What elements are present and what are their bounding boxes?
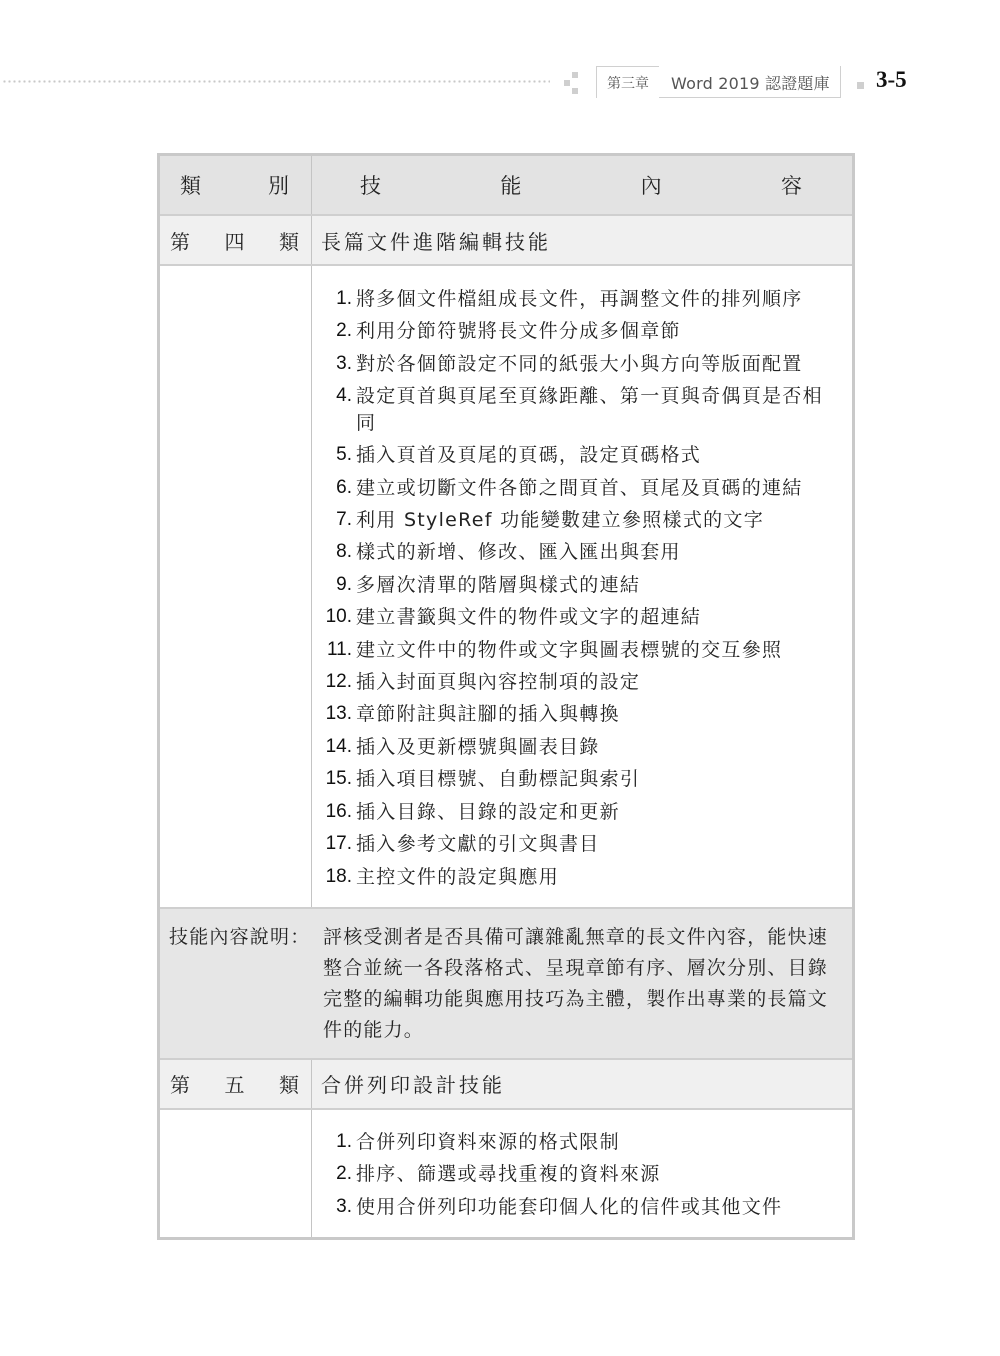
chapter-tab: 第三章 Word 2019 認證題庫 [596,66,841,98]
list-item: 10.建立書籤與文件的物件或文字的超連結 [316,601,842,633]
skill-items-row-5: 1.合併列印資料來源的格式限制 2.排序、篩選或尋找重複的資料來源 3.使用合併… [160,1110,852,1237]
item-text: 章節附註與註腳的插入與轉換 [356,698,842,730]
list-item: 9.多層次清單的階層與樣式的連結 [316,569,842,601]
header-char: 能 [500,170,521,200]
list-item: 1.將多個文件檔組成長文件，再調整文件的排列順序 [316,283,842,315]
header-content: 技 能 內 容 [312,156,852,214]
item-number: 17. [316,828,356,860]
item-text: 對於各個節設定不同的紙張大小與方向等版面配置 [356,348,842,380]
item-text: 插入項目標號、自動標記與索引 [356,763,842,795]
item-number: 14. [316,731,356,763]
header-char: 別 [268,170,289,200]
list-item: 13.章節附註與註腳的插入與轉換 [316,698,842,730]
empty-cell [160,266,312,907]
item-number: 8. [316,536,356,568]
item-number: 9. [316,569,356,601]
item-text: 插入封面頁與內容控制項的設定 [356,666,842,698]
list-item: 3.對於各個節設定不同的紙張大小與方向等版面配置 [316,348,842,380]
item-text: 建立或切斷文件各節之間頁首、頁尾及頁碼的連結 [356,472,842,504]
item-number: 3. [316,348,356,380]
item-text: 排序、篩選或尋找重複的資料來源 [356,1158,842,1190]
skill-list: 1.將多個文件檔組成長文件，再調整文件的排列順序 2.利用分節符號將長文件分成多… [316,283,842,893]
skill-items-cell: 1.合併列印資料來源的格式限制 2.排序、篩選或尋找重複的資料來源 3.使用合併… [312,1110,852,1237]
category-title: 合併列印設計技能 [312,1060,852,1108]
skill-items-row-4: 1.將多個文件檔組成長文件，再調整文件的排列順序 2.利用分節符號將長文件分成多… [160,266,852,909]
item-text: 多層次清單的階層與樣式的連結 [356,569,842,601]
empty-cell [160,1110,312,1237]
item-number: 6. [316,472,356,504]
header-char: 內 [641,170,662,200]
list-item: 2.利用分節符號將長文件分成多個章節 [316,315,842,347]
item-number: 15. [316,763,356,795]
list-item: 1.合併列印資料來源的格式限制 [316,1126,842,1158]
item-number: 1. [316,283,356,315]
category-row-4: 第 四 類 長篇文件進階編輯技能 [160,216,852,266]
category-char: 第 [170,1069,190,1098]
list-item: 3.使用合併列印功能套印個人化的信件或其他文件 [316,1191,842,1223]
item-number: 7. [316,504,356,536]
category-char: 類 [279,226,299,255]
page-number: 3-5 [876,67,907,93]
category-char: 類 [279,1069,299,1098]
item-text: 樣式的新增、修改、匯入匯出與套用 [356,536,842,568]
list-item: 17.插入參考文獻的引文與書目 [316,828,842,860]
list-item: 14.插入及更新標號與圖表目錄 [316,731,842,763]
item-text: 插入目錄、目錄的設定和更新 [356,796,842,828]
item-number: 12. [316,666,356,698]
item-text: 插入頁首及頁尾的頁碼，設定頁碼格式 [356,439,842,471]
item-text: 使用合併列印功能套印個人化的信件或其他文件 [356,1191,842,1223]
item-text: 插入參考文獻的引文與書目 [356,828,842,860]
skill-list: 1.合併列印資料來源的格式限制 2.排序、篩選或尋找重複的資料來源 3.使用合併… [316,1126,842,1223]
item-number: 2. [316,315,356,347]
category-label: 第 四 類 [160,216,312,264]
item-text: 將多個文件檔組成長文件，再調整文件的排列順序 [356,283,842,315]
header-char: 技 [360,170,381,200]
skill-description-row: 技能內容說明： 評核受測者是否具備可讓雜亂無章的長文件內容，能快速整合並統一各段… [160,909,852,1060]
header-category: 類 別 [160,156,312,214]
item-number: 5. [316,439,356,471]
item-text: 主控文件的設定與應用 [356,861,842,893]
chapter-label: 第三章 [596,66,659,98]
header-char: 類 [180,170,201,200]
dotted-leader-line [2,80,550,83]
category-char: 五 [225,1069,245,1098]
list-item: 7.利用 StyleRef 功能變數建立參照樣式的文字 [316,504,842,536]
list-item: 5.插入頁首及頁尾的頁碼，設定頁碼格式 [316,439,842,471]
item-number: 1. [316,1126,356,1158]
list-item: 16.插入目錄、目錄的設定和更新 [316,796,842,828]
item-text: 利用 StyleRef 功能變數建立參照樣式的文字 [356,504,842,536]
category-label: 第 五 類 [160,1060,312,1108]
category-char: 第 [170,226,190,255]
table-header-row: 類 別 技 能 內 容 [160,156,852,216]
category-row-5: 第 五 類 合併列印設計技能 [160,1060,852,1110]
item-number: 3. [316,1191,356,1223]
decorative-squares-icon [564,70,584,96]
description-text: 評核受測者是否具備可讓雜亂無章的長文件內容，能快速整合並統一各段落格式、呈現章節… [323,922,842,1046]
book-title: Word 2019 認證題庫 [659,66,841,98]
skill-items-cell: 1.將多個文件檔組成長文件，再調整文件的排列順序 2.利用分節符號將長文件分成多… [312,266,852,907]
list-item: 4.設定頁首與頁尾至頁緣距離、第一頁與奇偶頁是否相同 [316,380,842,439]
skills-table: 類 別 技 能 內 容 第 四 類 長篇文件進階編輯技能 1.將多個文件檔組成長… [157,153,855,1240]
item-number: 4. [316,380,356,439]
item-text: 建立文件中的物件或文字與圖表標號的交互參照 [356,634,842,666]
item-number: 18. [316,861,356,893]
header-char: 容 [781,170,802,200]
item-text: 合併列印資料來源的格式限制 [356,1126,842,1158]
list-item: 12.插入封面頁與內容控制項的設定 [316,666,842,698]
item-text: 利用分節符號將長文件分成多個章節 [356,315,842,347]
item-number: 16. [316,796,356,828]
category-char: 四 [225,226,245,255]
item-number: 10. [316,601,356,633]
category-title: 長篇文件進階編輯技能 [312,216,852,264]
list-item: 6.建立或切斷文件各節之間頁首、頁尾及頁碼的連結 [316,472,842,504]
item-number: 13. [316,698,356,730]
item-text: 設定頁首與頁尾至頁緣距離、第一頁與奇偶頁是否相同 [356,380,842,439]
list-item: 18.主控文件的設定與應用 [316,861,842,893]
description-label: 技能內容說明： [169,922,323,1046]
item-text: 插入及更新標號與圖表目錄 [356,731,842,763]
page-number-marker-icon [857,82,864,89]
item-number: 11. [316,634,356,666]
running-header: 第三章 Word 2019 認證題庫 3-5 [0,64,1000,100]
item-text: 建立書籤與文件的物件或文字的超連結 [356,601,842,633]
item-number: 2. [316,1158,356,1190]
list-item: 2.排序、篩選或尋找重複的資料來源 [316,1158,842,1190]
list-item: 15.插入項目標號、自動標記與索引 [316,763,842,795]
list-item: 8.樣式的新增、修改、匯入匯出與套用 [316,536,842,568]
list-item: 11.建立文件中的物件或文字與圖表標號的交互參照 [316,634,842,666]
